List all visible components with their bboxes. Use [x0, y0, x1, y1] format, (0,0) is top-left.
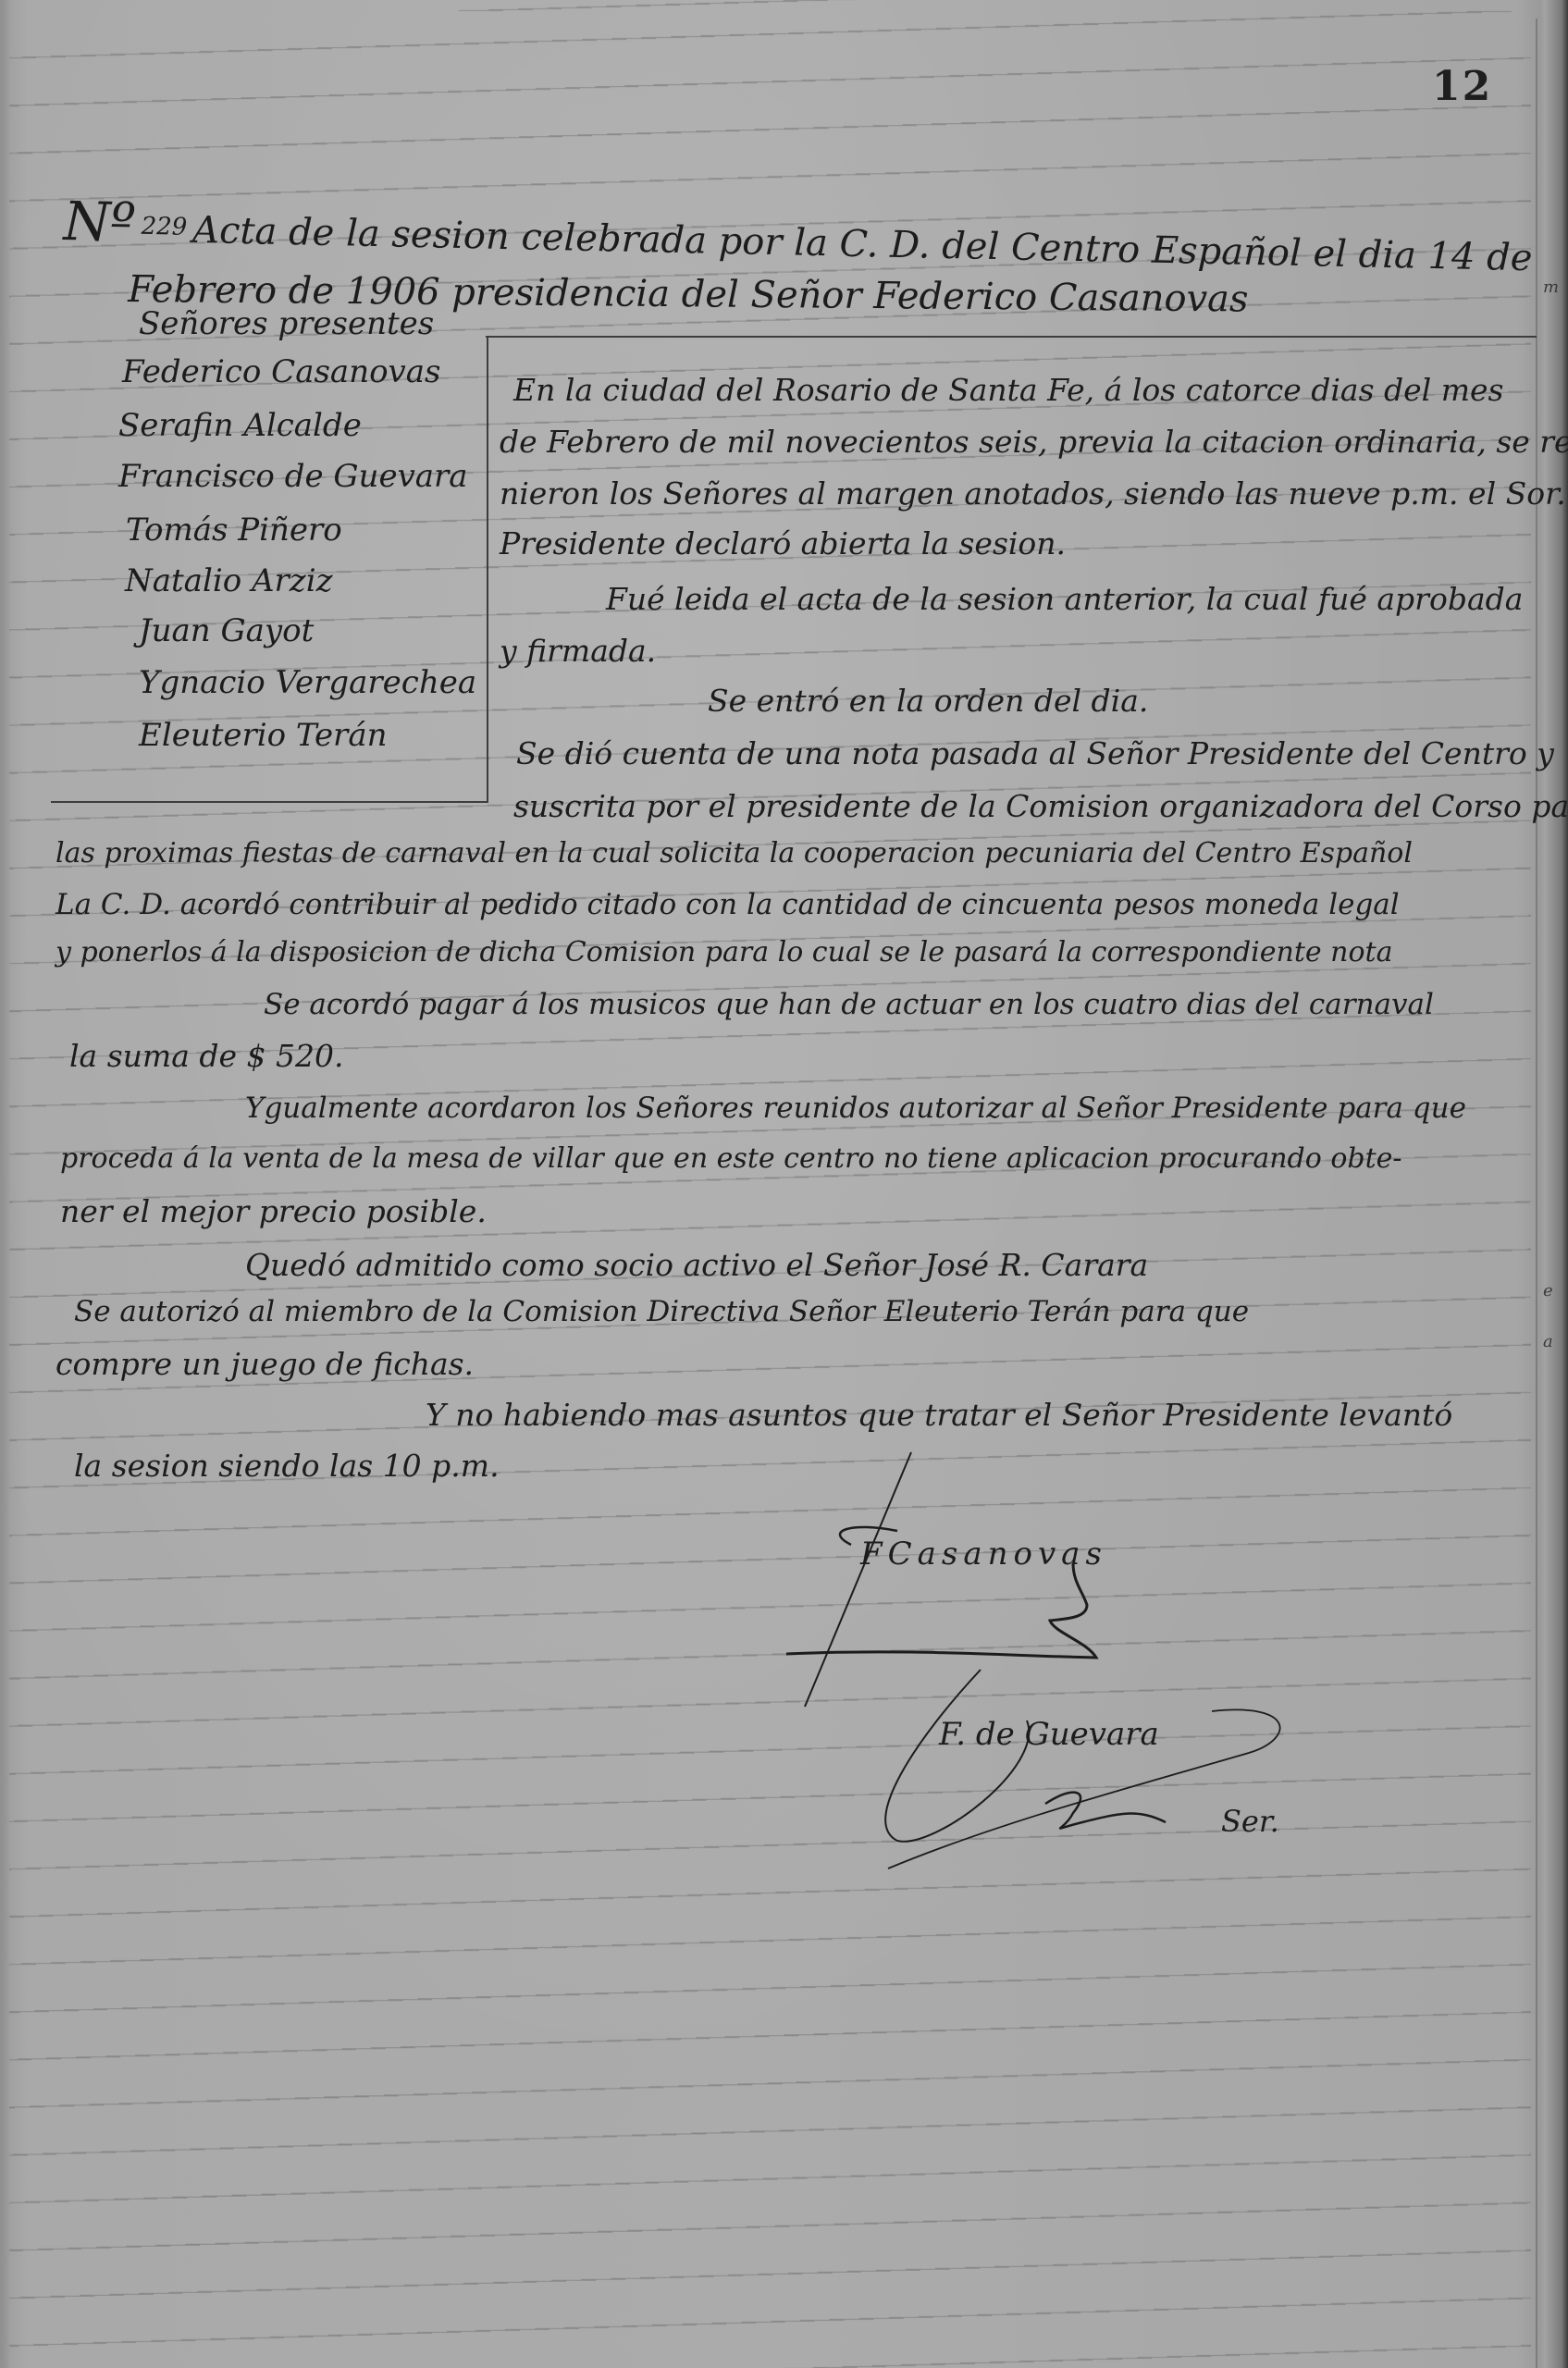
minutes-line: nieron los Señores al margen anotados, s…: [500, 475, 1566, 512]
minutes-line: Presidente declaró abierta la sesion.: [500, 525, 1066, 561]
secretary-signature: F. de Guevara Ser.: [860, 1665, 1378, 1878]
attendee-name: Tomás Piñero: [126, 512, 342, 549]
minutes-line: suscrita por el presidente de la Comisio…: [513, 788, 1568, 824]
minutes-line: Quedó admitido como socio activo el Seño…: [245, 1247, 1148, 1283]
attendee-name: Eleuterio Terán: [139, 717, 387, 754]
minutes-line: La C. D. acordó contribuir al pedido cit…: [56, 888, 1400, 921]
page-number: 12: [1432, 63, 1492, 110]
attendee-name: Francisco de Guevara: [118, 458, 468, 495]
attendee-name: Federico Casanovas: [122, 353, 440, 390]
minutes-line: En la ciudad del Rosario de Santa Fe, á …: [513, 372, 1503, 408]
attendee-name: Serafin Alcalde: [118, 407, 362, 444]
president-signature-text: FCasanovas: [860, 1535, 1107, 1572]
minutes-line: Se autorizó al miembro de la Comision Di…: [74, 1295, 1249, 1328]
minutes-line: de Febrero de mil novecientos seis, prev…: [500, 424, 1568, 460]
number-prefix: Nº: [63, 190, 136, 254]
attendee-name: Natalio Arziz: [125, 562, 333, 599]
minutes-line: la sesion siendo las 10 p.m.: [74, 1448, 500, 1484]
ledger-page: 12 Nº229Acta de la sesion celebrada por …: [0, 0, 1568, 2368]
margin-mark: m: [1543, 277, 1559, 297]
minutes-line: Y no habiendo mas asuntos que tratar el …: [426, 1397, 1452, 1433]
minutes-line: Se dió cuenta de una nota pasada al Seño…: [516, 735, 1554, 771]
minutes-line: Ygualmente acordaron los Señores reunido…: [245, 1091, 1466, 1125]
signature-flourish-icon: [860, 1665, 1378, 1878]
binding-edge: [0, 0, 11, 2368]
attendee-name: Ygnacio Vergarechea: [139, 664, 476, 701]
box-bottom-rule: [51, 801, 488, 803]
attendees-heading: Señores presentes: [139, 305, 434, 342]
box-top-rule: [486, 336, 1537, 338]
margin-mark: e: [1543, 1281, 1553, 1301]
minutes-line: Se acordó pagar á los musicos que han de…: [264, 988, 1434, 1021]
attendee-name: Juan Gayot: [139, 612, 314, 649]
minutes-line: Se entró en la orden del dia.: [708, 683, 1148, 719]
secretary-signature-text: F. de Guevara: [939, 1716, 1159, 1753]
minutes-line: ner el mejor precio posible.: [60, 1193, 487, 1229]
minutes-line: proceda á la venta de la mesa de villar …: [60, 1142, 1402, 1175]
box-vertical-rule: [487, 336, 488, 803]
minutes-line: la suma de $ 520.: [69, 1038, 343, 1074]
minutes-line: compre un juego de fichas.: [56, 1346, 474, 1382]
minutes-line: las proximas fiestas de carnaval en la c…: [56, 837, 1413, 869]
minutes-line: y ponerlos á la disposicion de dicha Com…: [56, 936, 1393, 968]
margin-mark: a: [1543, 1332, 1553, 1351]
minutes-number: 229: [141, 213, 187, 241]
secretary-title: Ser.: [1221, 1804, 1279, 1839]
right-margin-line: [1536, 18, 1537, 2368]
minutes-line: y firmada.: [500, 633, 656, 669]
minutes-line: Fué leida el acta de la sesion anterior,…: [606, 581, 1523, 617]
